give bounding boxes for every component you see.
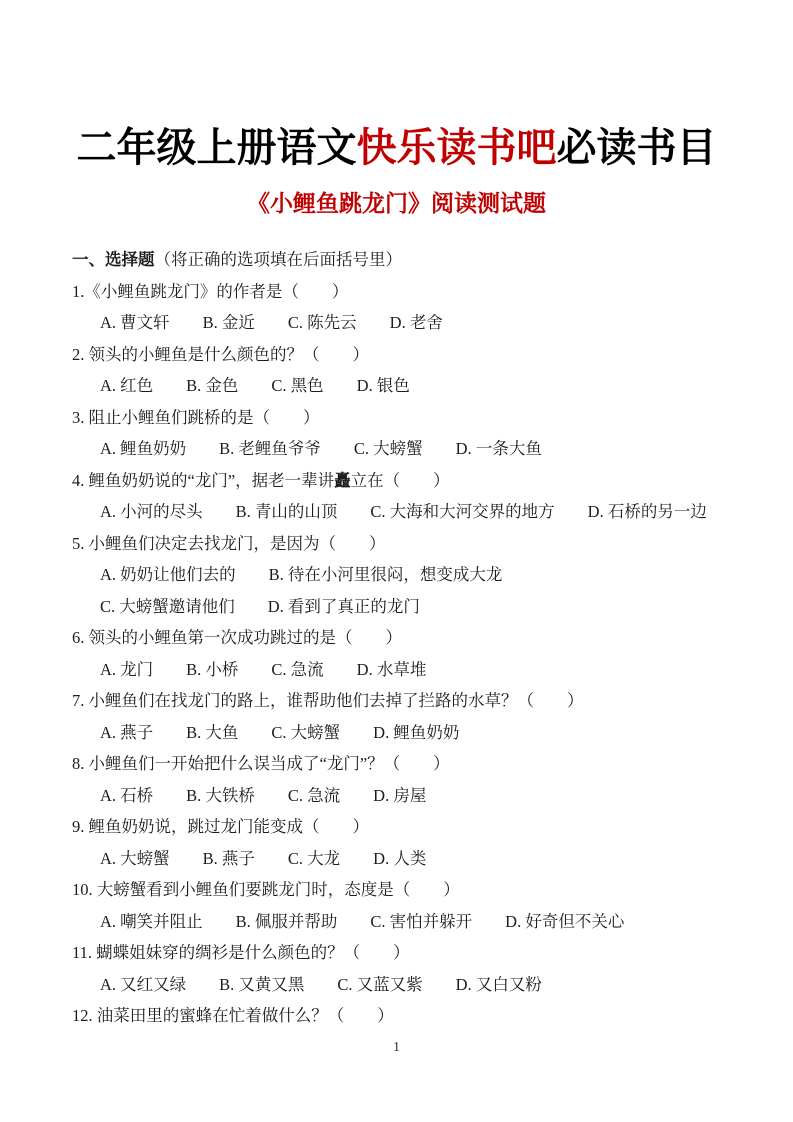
question-4-stem: 4. 鲤鱼奶奶说的“龙门”，据老一辈讲矗立在（ ）	[72, 465, 773, 497]
question-8-stem: 8. 小鲤鱼们一开始把什么误当成了“龙门”？（ ）	[72, 748, 773, 780]
question-6-stem: 6. 领头的小鲤鱼第一次成功跳过的是（ ）	[72, 622, 773, 654]
question-6-options: A. 龙门 B. 小桥 C. 急流 D. 水草堆	[72, 654, 773, 686]
page-number: 1	[0, 1038, 793, 1058]
question-4-stem-pre: 4. 鲤鱼奶奶说的“龙门”，据老一辈讲	[72, 471, 334, 490]
question-3-options: A. 鲤鱼奶奶 B. 老鲤鱼爷爷 C. 大螃蟹 D. 一条大鱼	[72, 433, 773, 465]
question-5-options-line-1: A. 奶奶让他们去的 B. 待在小河里很闷，想变成大龙	[72, 559, 773, 591]
question-5-stem: 5. 小鲤鱼们决定去找龙门，是因为（ ）	[72, 528, 773, 560]
question-4-stem-bold: 矗	[334, 471, 351, 490]
question-4-stem-post: 立在（ ）	[351, 471, 450, 490]
question-10-stem: 10. 大螃蟹看到小鲤鱼们要跳龙门时，态度是（ ）	[72, 874, 773, 906]
question-1-stem: 1.《小鲤鱼跳龙门》的作者是（ ）	[72, 276, 773, 308]
question-4-options: A. 小河的尽头 B. 青山的山顶 C. 大海和大河交界的地方 D. 石桥的另一…	[72, 496, 773, 528]
question-9-options: A. 大螃蟹 B. 燕子 C. 大龙 D. 人类	[72, 843, 773, 875]
question-11-options: A. 又红又绿 B. 又黄又黑 C. 又蓝又紫 D. 又白又粉	[72, 969, 773, 1001]
question-10-options: A. 嘲笑并阻止 B. 佩服并帮助 C. 害怕并躲开 D. 好奇但不关心	[72, 906, 773, 938]
title-highlight: 快乐读书吧	[357, 126, 557, 170]
question-5-options-line-2: C. 大螃蟹邀请他们 D. 看到了真正的龙门	[72, 591, 773, 623]
question-2-options: A. 红色 B. 金色 C. 黑色 D. 银色	[72, 370, 773, 402]
question-1-options: A. 曹文轩 B. 金近 C. 陈先云 D. 老舍	[72, 307, 773, 339]
question-7-options: A. 燕子 B. 大鱼 C. 大螃蟹 D. 鲤鱼奶奶	[72, 717, 773, 749]
section-heading: 一、选择题（将正确的选项填在后面括号里）	[72, 244, 773, 276]
question-8-options: A. 石桥 B. 大铁桥 C. 急流 D. 房屋	[72, 780, 773, 812]
question-7-stem: 7. 小鲤鱼们在找龙门的路上，谁帮助他们去掉了拦路的水草？（ ）	[72, 685, 773, 717]
question-12-stem: 12. 油菜田里的蜜蜂在忙着做什么？（ ）	[72, 1000, 773, 1032]
title-suffix: 必读书目	[557, 126, 717, 170]
question-11-stem: 11. 蝴蝶姐妹穿的绸衫是什么颜色的？（ ）	[72, 937, 773, 969]
title-prefix: 二年级上册语文	[77, 126, 357, 170]
question-list: 一、选择题（将正确的选项填在后面括号里） 1.《小鲤鱼跳龙门》的作者是（ ） A…	[72, 244, 773, 1032]
section-heading-rest: （将正确的选项填在后面括号里）	[155, 250, 403, 269]
question-9-stem: 9. 鲤鱼奶奶说，跳过龙门能变成（ ）	[72, 811, 773, 843]
document-page: 二年级上册语文快乐读书吧必读书目 《小鲤鱼跳龙门》阅读测试题 一、选择题（将正确…	[0, 0, 793, 1122]
question-2-stem: 2. 领头的小鲤鱼是什么颜色的？（ ）	[72, 339, 773, 371]
document-subtitle: 《小鲤鱼跳龙门》阅读测试题	[0, 187, 793, 219]
section-heading-bold: 一、选择题	[72, 250, 155, 269]
question-3-stem: 3. 阻止小鲤鱼们跳桥的是（ ）	[72, 402, 773, 434]
page-title: 二年级上册语文快乐读书吧必读书目	[0, 123, 793, 173]
